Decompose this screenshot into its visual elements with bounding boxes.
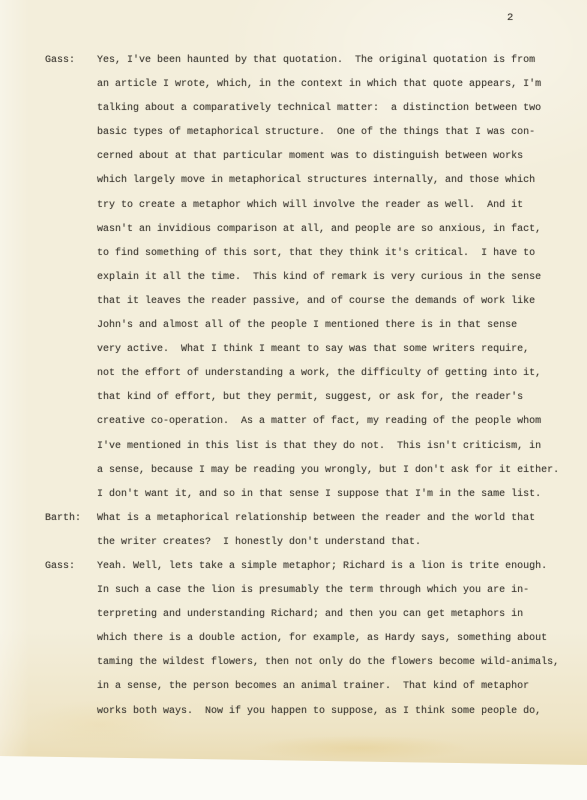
speaker-label: Gass: (45, 49, 75, 73)
line-text: What is a metaphorical relationship betw… (97, 513, 535, 524)
line-text: which there is a double action, for exam… (97, 633, 547, 644)
transcript-line: an article I wrote, which, in the contex… (0, 73, 587, 97)
line-text: talking about a comparatively technical … (97, 103, 541, 114)
transcript-line: to find something of this sort, that the… (0, 242, 587, 266)
line-text: terpreting and understanding Richard; an… (97, 609, 523, 620)
line-text: the writer creates? I honestly don't und… (97, 537, 421, 548)
transcript-line: Gass:Yeah. Well, lets take a simple meta… (0, 555, 587, 579)
transcript-line: I've mentioned in this list is that they… (0, 435, 587, 459)
line-text: Yes, I've been haunted by that quotation… (97, 55, 535, 66)
line-text: wasn't an invidious comparison at all, a… (97, 224, 541, 235)
line-text: which largely move in metaphorical struc… (97, 175, 535, 186)
line-text: that kind of effort, but they permit, su… (97, 392, 523, 403)
transcript-line: that it leaves the reader passive, and o… (0, 290, 587, 314)
line-text: basic types of metaphorical structure. O… (97, 127, 535, 138)
transcript-line: creative co-operation. As a matter of fa… (0, 410, 587, 434)
transcript-line: terpreting and understanding Richard; an… (0, 603, 587, 627)
line-text: creative co-operation. As a matter of fa… (97, 416, 541, 427)
line-text: an article I wrote, which, in the contex… (97, 79, 541, 90)
line-text: that it leaves the reader passive, and o… (97, 296, 535, 307)
transcript: Gass:Yes, I've been haunted by that quot… (0, 49, 587, 724)
transcript-line: Gass:Yes, I've been haunted by that quot… (0, 49, 587, 73)
speaker-label: Barth: (45, 507, 81, 531)
transcript-line: Barth:What is a metaphorical relationshi… (0, 507, 587, 531)
line-text: John's and almost all of the people I me… (97, 320, 517, 331)
line-text: I don't want it, and so in that sense I … (97, 489, 541, 500)
line-text: a sense, because I may be reading you wr… (97, 465, 559, 476)
transcript-line: John's and almost all of the people I me… (0, 314, 587, 338)
line-text: very active. What I think I meant to say… (97, 344, 529, 355)
line-text: cerned about at that particular moment w… (97, 151, 523, 162)
transcript-line: I don't want it, and so in that sense I … (0, 483, 587, 507)
speaker-label: Gass: (45, 555, 75, 579)
line-text: In such a case the lion is presumably th… (97, 585, 529, 596)
transcript-line: taming the wildest flowers, then not onl… (0, 651, 587, 675)
transcript-line: a sense, because I may be reading you wr… (0, 459, 587, 483)
line-text: works both ways. Now if you happen to su… (97, 706, 541, 717)
transcript-line: which there is a double action, for exam… (0, 627, 587, 651)
line-text: to find something of this sort, that the… (97, 248, 535, 259)
line-text: explain it all the time. This kind of re… (97, 272, 541, 283)
line-text: Yeah. Well, lets take a simple metaphor;… (97, 561, 547, 572)
transcript-line: talking about a comparatively technical … (0, 97, 587, 121)
transcript-line: explain it all the time. This kind of re… (0, 266, 587, 290)
transcript-line: in a sense, the person becomes an animal… (0, 675, 587, 699)
transcript-line: which largely move in metaphorical struc… (0, 169, 587, 193)
page-number: 2 (507, 12, 513, 24)
transcript-line: very active. What I think I meant to say… (0, 338, 587, 362)
line-text: try to create a metaphor which will invo… (97, 200, 523, 211)
transcript-line: that kind of effort, but they permit, su… (0, 386, 587, 410)
transcript-line: wasn't an invidious comparison at all, a… (0, 218, 587, 242)
transcript-line: try to create a metaphor which will invo… (0, 194, 587, 218)
line-text: in a sense, the person becomes an animal… (97, 681, 529, 692)
line-text: not the effort of understanding a work, … (97, 368, 541, 379)
line-text: taming the wildest flowers, then not onl… (97, 657, 559, 668)
transcript-line: works both ways. Now if you happen to su… (0, 700, 587, 724)
transcript-line: the writer creates? I honestly don't und… (0, 531, 587, 555)
transcript-line: In such a case the lion is presumably th… (0, 579, 587, 603)
transcript-line: basic types of metaphorical structure. O… (0, 121, 587, 145)
transcript-line: cerned about at that particular moment w… (0, 145, 587, 169)
scanned-page: 2 Gass:Yes, I've been haunted by that qu… (0, 0, 587, 766)
line-text: I've mentioned in this list is that they… (97, 441, 541, 452)
paper-stain (250, 735, 470, 761)
transcript-line: not the effort of understanding a work, … (0, 362, 587, 386)
